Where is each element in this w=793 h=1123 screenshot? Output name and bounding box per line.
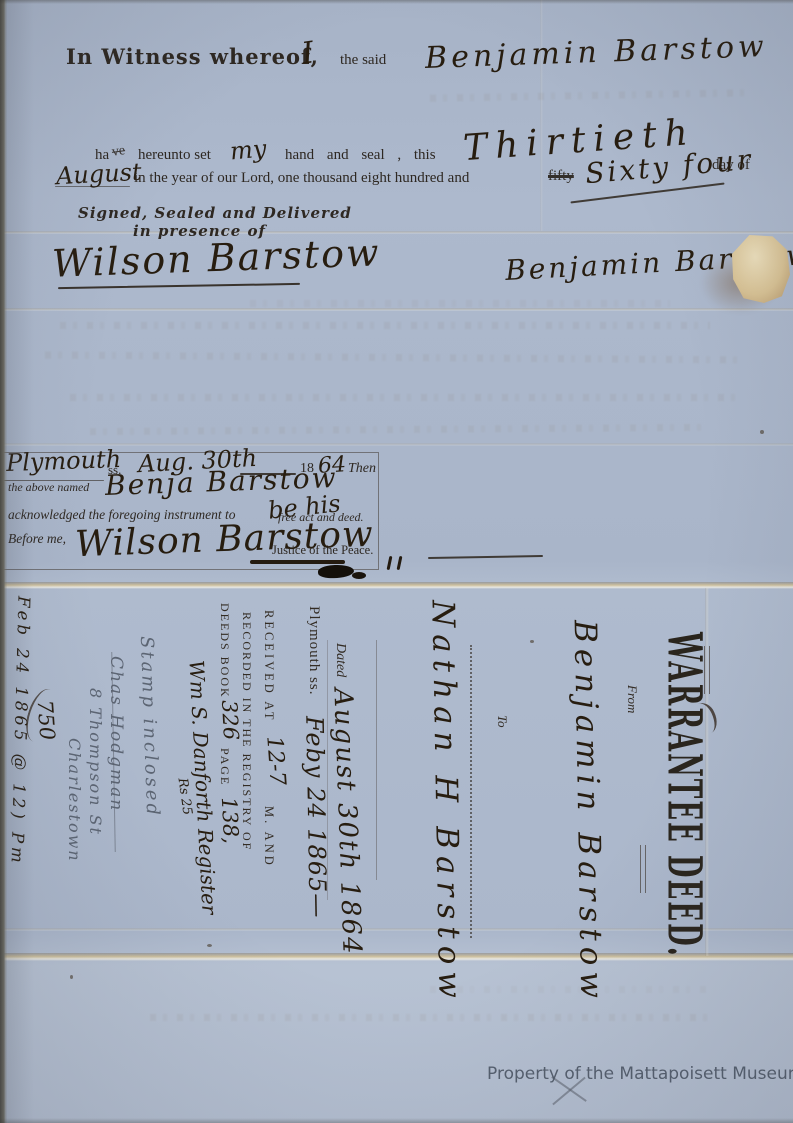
wax-seal [732, 235, 790, 303]
fold-crease [0, 308, 793, 311]
museum-watermark: Property of the Mattapoisett Museum [487, 1064, 793, 1084]
paper-speck [70, 975, 73, 979]
page-number-handwritten: 138, [217, 796, 243, 844]
deed-scan-page: In Witness whereof, I the said Benjamin … [0, 0, 793, 1123]
scan-edge-left [0, 0, 7, 1123]
title-flourish-rule [704, 646, 710, 694]
witness-signature: Wilson Barstow [51, 230, 381, 285]
the-said-label: the said [340, 52, 386, 69]
paper-speck [207, 944, 212, 947]
deeds-book-printed: DEEDS BOOK [217, 603, 232, 699]
bleedthrough-line [150, 1014, 710, 1021]
paper-speck [760, 430, 764, 434]
docket-county-printed: Plymouth ss. [305, 606, 322, 696]
scan-edge-top [0, 0, 793, 4]
sender-town-pencil: Charlestown [65, 738, 84, 863]
from-label: From [624, 685, 640, 713]
dated-handwritten: August 30th 1864 [327, 688, 366, 957]
docket-grantor-handwritten: Benjamin Barstow [567, 620, 610, 1005]
fold-crease-vertical [540, 0, 543, 231]
received-date-handwritten: Feby 24 1865— [300, 716, 332, 919]
hereunto-set-printed: hereunto set [138, 147, 211, 164]
to-label: To [494, 715, 510, 728]
book-number-handwritten: 326 [217, 699, 243, 740]
pen-line [428, 555, 543, 559]
paper-speck [530, 640, 534, 643]
dated-label: Dated [332, 643, 348, 677]
bleedthrough-line [90, 424, 710, 435]
then-printed: Then [348, 461, 376, 477]
bleedthrough-line [45, 352, 745, 364]
docket-dotted-rule [470, 645, 472, 938]
scan-edge-bottom [0, 1118, 793, 1123]
sender-street-pencil: 8 Thompson St [86, 688, 105, 836]
hand-and-seal-printed: hand and seal , this [285, 147, 436, 164]
grantor-name-handwritten: Benjamin Barstow [424, 29, 768, 76]
my-handwritten: my [229, 134, 268, 165]
docket-title: WARRANTEE DEED. [656, 632, 710, 908]
docket-panel-rotated: WARRANTEE DEED. From Benjamin Barstow To… [0, 588, 720, 954]
fold-crease [0, 231, 793, 234]
ink-blot [318, 564, 355, 579]
m-and-printed: M. AND [261, 806, 276, 868]
bleedthrough-line [430, 89, 750, 102]
bleedthrough-line [70, 394, 740, 401]
page-label-printed: PAGE [217, 748, 232, 786]
stamp-note-pencil: Stamp inclosed [136, 636, 163, 819]
docket-column-rule [376, 640, 377, 880]
acknowledgment-box: Plymouth ss. Aug. 30th 18 64 Then the ab… [0, 452, 379, 570]
year-printed-text: in the year of our Lord, one thousand ei… [134, 170, 469, 187]
pen-tick [397, 556, 403, 570]
bleedthrough-line [250, 300, 670, 307]
time-handwritten: 12-7 [261, 735, 289, 786]
sender-name-pencil: Chas Hodgman [106, 656, 126, 812]
struck-fifty: fifty [548, 168, 574, 185]
docket-grantee-handwritten: Nathan H Barstow [424, 600, 467, 1005]
bleedthrough-line [60, 322, 710, 329]
received-at-printed: RECEIVED AT [261, 610, 276, 723]
signature-underline-heavy [250, 560, 345, 564]
form-blank-line [55, 186, 130, 187]
witness-opening: In Witness whereof, [66, 44, 319, 69]
paper-shadow [6, 0, 34, 1123]
bleedthrough-line [430, 986, 710, 993]
ink-blot [352, 572, 366, 579]
title-flourish-rule [640, 845, 646, 893]
signed-sealed-printed: Signed, Sealed and Delivered [78, 204, 352, 222]
pen-tick [387, 556, 393, 570]
